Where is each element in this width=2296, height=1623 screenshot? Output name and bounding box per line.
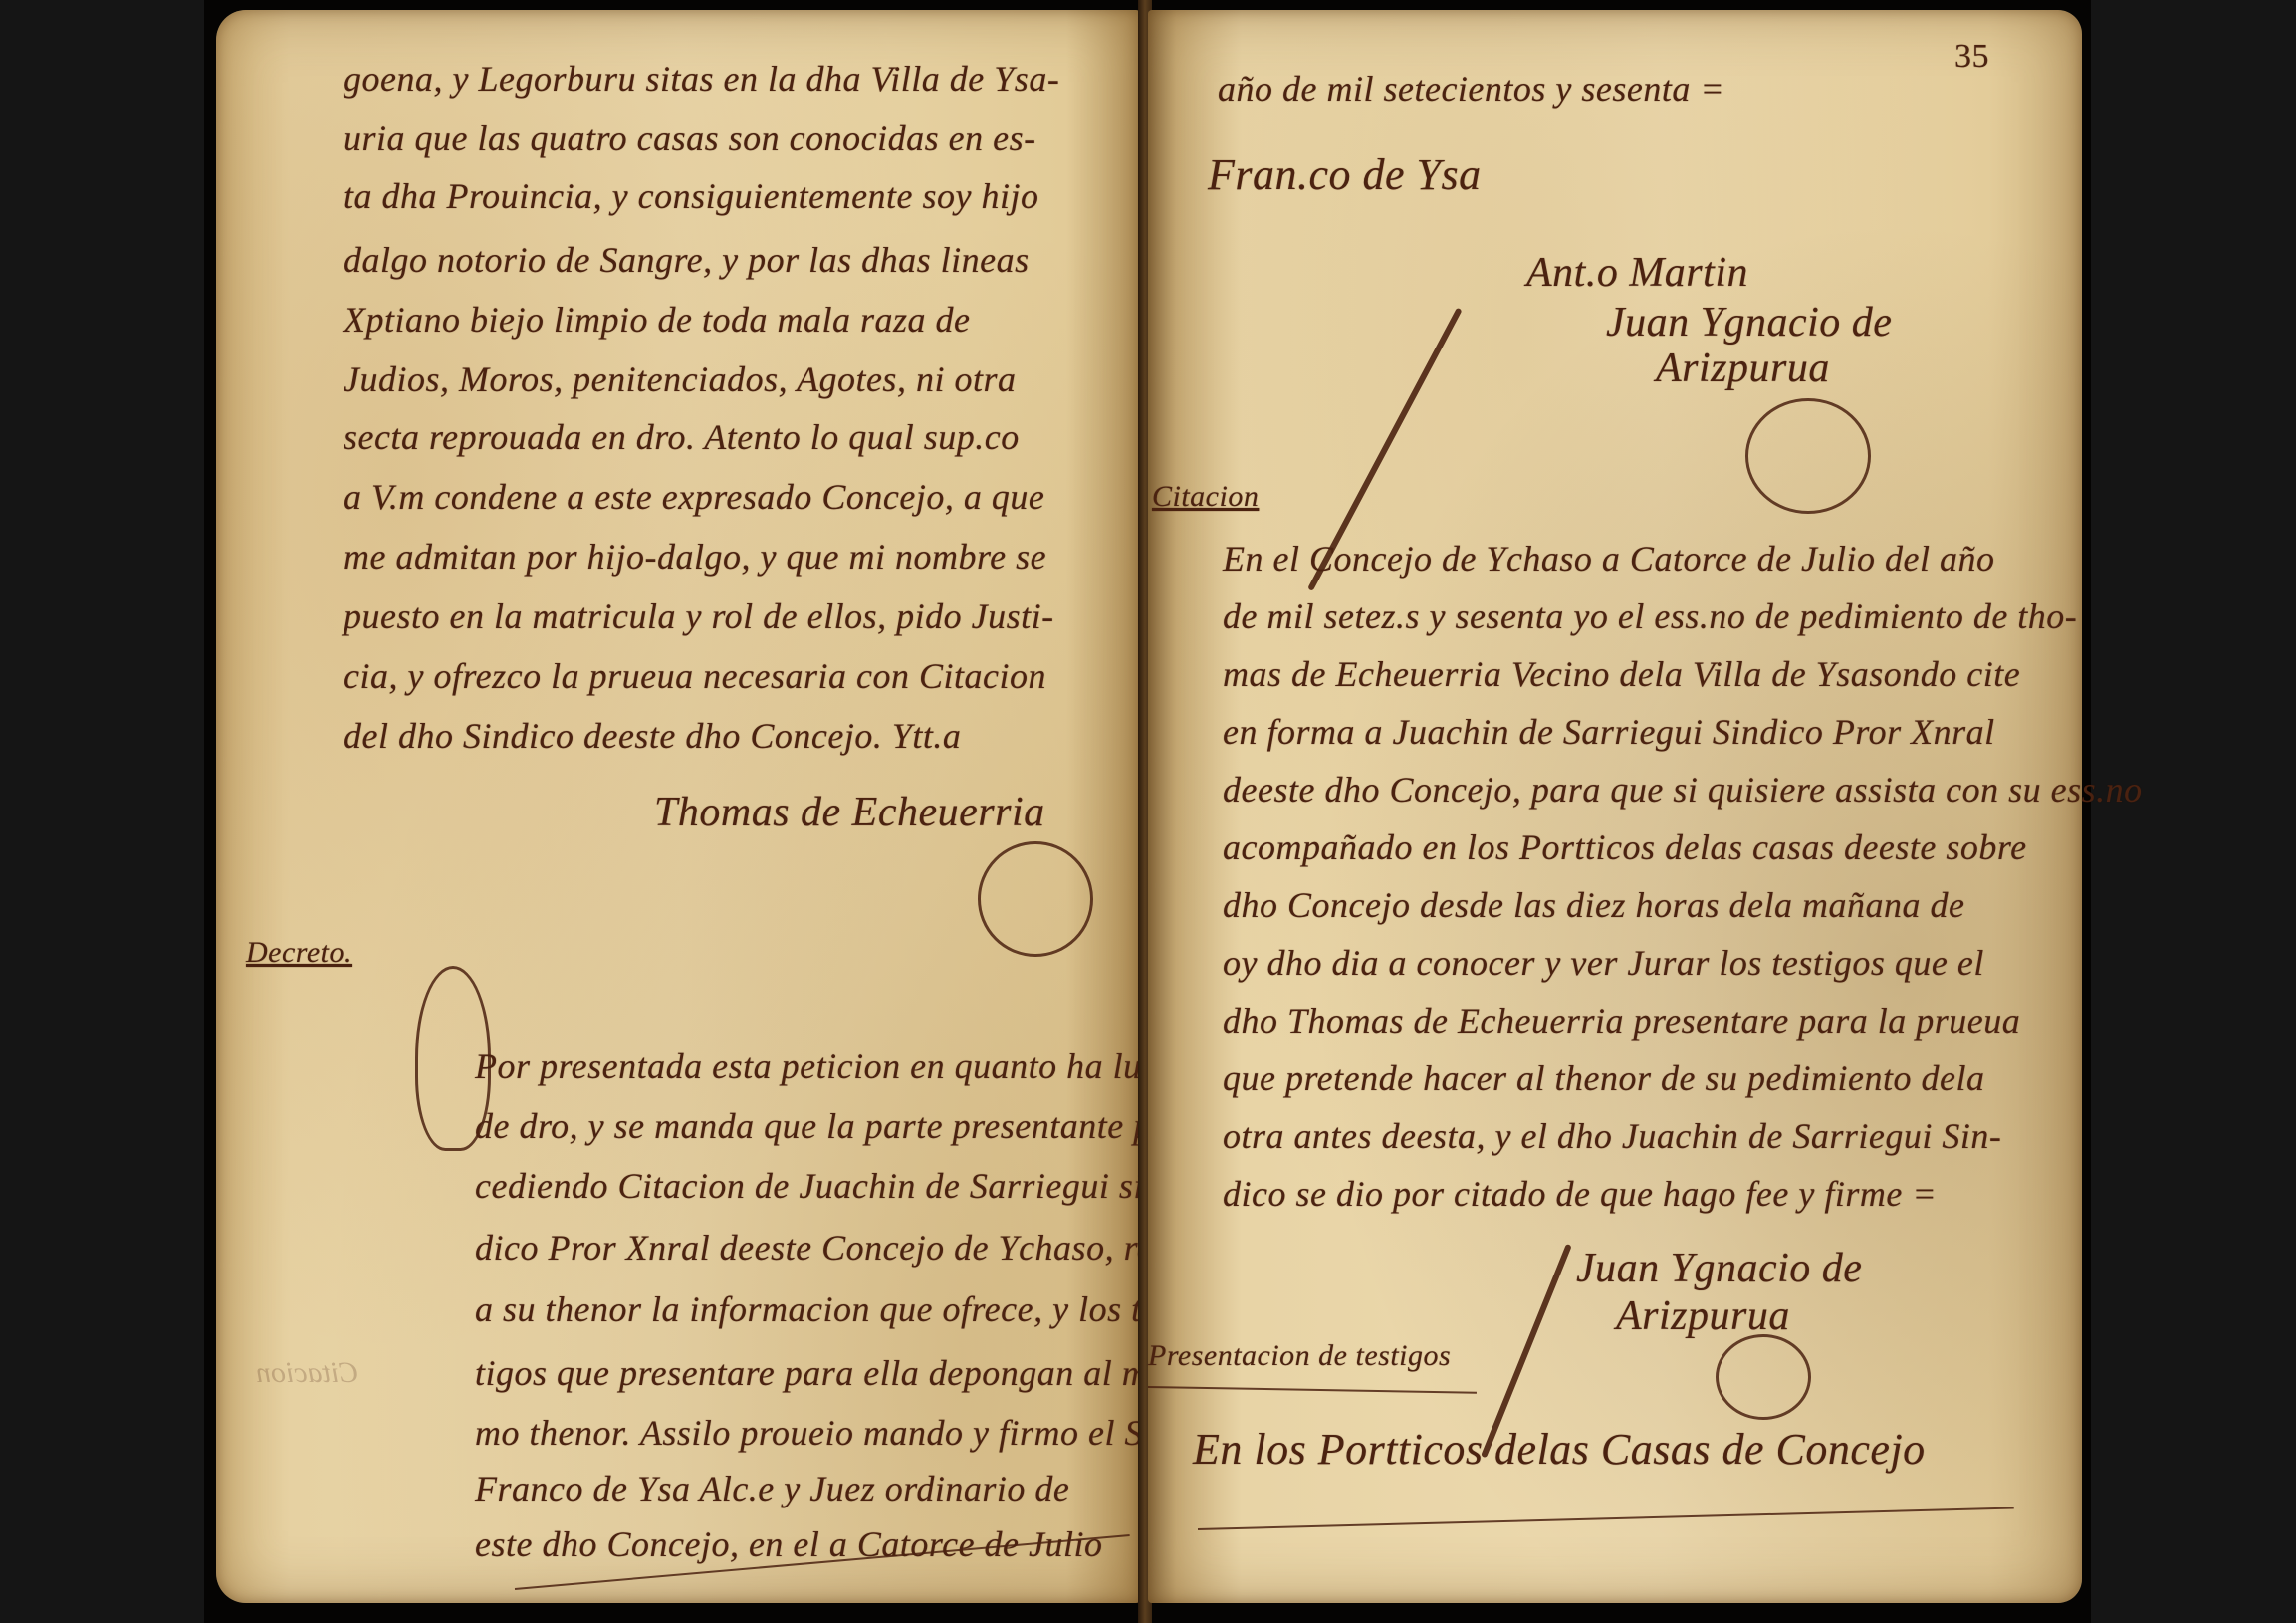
text-line: me admitan por hijo-dalgo, y que mi nomb… — [344, 536, 1046, 578]
margin-label-decreto: Decreto. — [246, 936, 352, 970]
decree-line: mo thenor. Assilo proueio mando y firmo … — [475, 1412, 1167, 1454]
rubric-flourish — [1716, 1334, 1811, 1420]
citation-line: En el Concejo de Ychaso a Catorce de Jul… — [1223, 538, 1995, 580]
text-line: dalgo notorio de Sangre, y por las dhas … — [344, 239, 1030, 281]
signature-ant-martin: Ant.o Martin — [1526, 249, 1748, 297]
text-line: goena, y Legorburu sitas en la dha Villa… — [344, 58, 1059, 100]
decree-line: tigos que presentare para ella depongan … — [475, 1352, 1186, 1394]
citation-line: que pretende hacer al thenor de su pedim… — [1223, 1057, 1984, 1099]
decree-line: a su thenor la informacion que ofrece, y… — [475, 1288, 1185, 1330]
citation-line: de mil setez.s y sesenta yo el ess.no de… — [1223, 595, 2077, 637]
text-line: a V.m condene a este expresado Concejo, … — [344, 476, 1044, 518]
margin-rule — [1148, 1386, 1477, 1394]
citation-line: mas de Echeuerria Vecino dela Villa de Y… — [1223, 653, 2020, 695]
signature-arizpurua: Arizpurua — [1656, 345, 1830, 392]
text-line: cia, y ofrezco la prueua necesaria con C… — [344, 655, 1046, 697]
decree-line: de dro, y se manda que la parte presenta… — [475, 1105, 1196, 1147]
left-page: Citacion goena, y Legorburu sitas en la … — [216, 10, 1140, 1603]
signature-arizpurua: Arizpurua — [1616, 1292, 1790, 1340]
citation-line: otra antes deesta, y el dho Juachin de S… — [1223, 1115, 2001, 1157]
closing-rule — [1198, 1507, 2014, 1530]
manuscript-photo: Citacion goena, y Legorburu sitas en la … — [204, 0, 2091, 1623]
text-line: secta reprouada en dro. Atento lo qual s… — [344, 416, 1020, 458]
citation-line: dico se dio por citado de que hago fee y… — [1223, 1173, 1937, 1215]
closing-line: En los Portticos delas Casas de Concejo — [1193, 1424, 1926, 1475]
text-line: año de mil setecientos y sesenta = — [1218, 68, 1724, 110]
text-line: Xptiano biejo limpio de toda mala raza d… — [344, 299, 970, 341]
citation-line: oy dho dia a conocer y ver Jurar los tes… — [1223, 942, 1984, 984]
signature-juan-ygnacio: Juan Ygnacio de — [1606, 299, 1892, 347]
signature-thomas: Thomas de Echeuerria — [654, 789, 1045, 836]
text-line: Judios, Moros, penitenciados, Agotes, ni… — [344, 358, 1016, 400]
bleed-through-text: Citacion — [256, 1356, 358, 1390]
citation-line: deeste dho Concejo, para que si quisiere… — [1223, 769, 2143, 811]
citation-line: dho Thomas de Echeuerria presentare para… — [1223, 1000, 2020, 1042]
text-line: puesto en la matricula y rol de ellos, p… — [344, 595, 1054, 637]
decree-line: cediendo Citacion de Juachin de Sarriegu… — [475, 1165, 1175, 1207]
margin-label-presentacion: Presentacion de testigos — [1148, 1339, 1451, 1373]
margin-label-citacion: Citacion — [1152, 480, 1259, 514]
rubric-flourish — [978, 841, 1093, 957]
text-line: uria que las quatro casas son conocidas … — [344, 117, 1036, 159]
signature-juan-ygnacio: Juan Ygnacio de — [1576, 1245, 1862, 1292]
citation-line: dho Concejo desde las diez horas dela ma… — [1223, 884, 1964, 926]
signature-fran-de-ysa: Fran.co de Ysa — [1208, 149, 1482, 200]
citation-line: en forma a Juachin de Sarriegui Sindico … — [1223, 711, 1995, 753]
text-line: del dho Sindico deeste dho Concejo. Ytt.… — [344, 715, 961, 757]
page-number: 35 — [1954, 38, 1989, 76]
decree-line: dico Pror Xnral deeste Concejo de Ychaso… — [475, 1227, 1217, 1269]
right-page: 35 año de mil setecientos y sesenta = Fr… — [1148, 10, 2082, 1603]
text-line: ta dha Prouincia, y consiguientemente so… — [344, 175, 1039, 217]
decree-line: Franco de Ysa Alc.e y Juez ordinario de — [475, 1468, 1069, 1509]
decree-line: Por presentada esta peticion en quanto h… — [475, 1045, 1193, 1087]
citation-line: acompañado en los Portticos delas casas … — [1223, 826, 2027, 868]
rubric-flourish — [1745, 398, 1871, 514]
